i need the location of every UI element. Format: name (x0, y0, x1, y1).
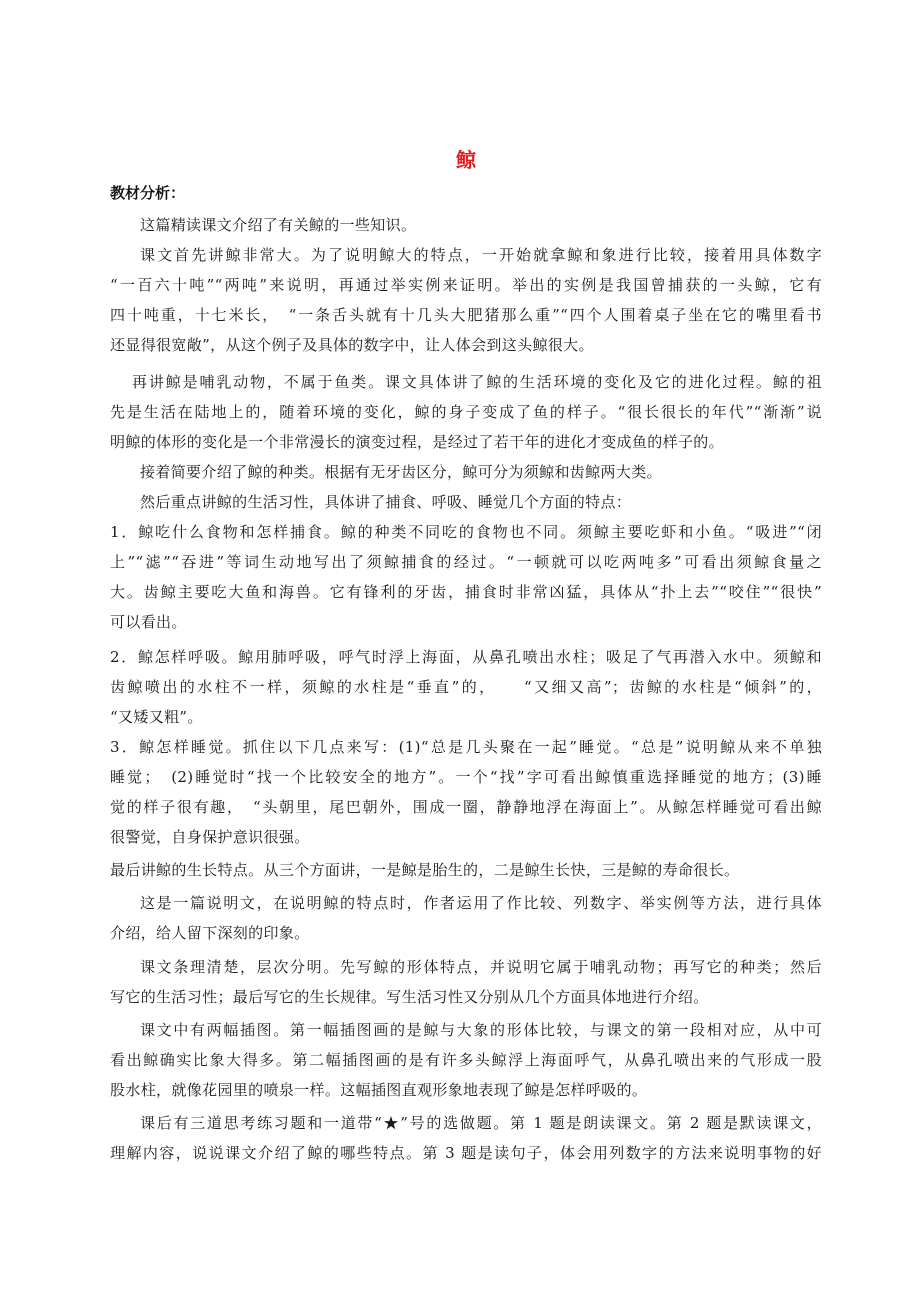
text-line: 这是一篇说明文，在说明鲸的特点时，作者运用了作比较、列数字、举实例等方法，进行具… (140, 893, 822, 913)
text-line: 3．鲸怎样睡觉。抓住以下几点来写：(1)“总是几头聚在一起”睡觉。“总是”说明鲸… (110, 737, 822, 757)
text-line: 还显得很宽敞”，从这个例子及具体的数字中，让人体会到这头鲸很大。 (110, 335, 594, 355)
text-line: 股水柱，就像花园里的喷泉一样。这幅插图直观形象地表现了鲸是怎样呼吸的。 (110, 1080, 647, 1100)
text-line: 这篇精读课文介绍了有关鲸的一些知识。 (140, 215, 416, 235)
text-line: 课文中有两幅插图。第一幅插图画的是鲸与大象的形体比较，与课文的第一段相对应，从中… (140, 1020, 822, 1040)
text-line: 理解内容，说说课文介绍了鲸的哪些特点。第 3 题是读句子，体会用列数字的方法来说… (110, 1143, 822, 1163)
text-line: 然后重点讲鲸的生活习性，具体讲了捕食、呼吸、睡觉几个方面的特点： (140, 492, 631, 512)
text-line: 觉的样子很有趣， “头朝里，尾巴朝外，围成一圈，静静地浮在海面上”。从鲸怎样睡觉… (110, 797, 822, 817)
text-line: 写它的生活习性；最后写它的生长规律。写生活习性又分别从几个方面具体地进行介绍。 (110, 987, 709, 1007)
text-line: 上”“滤”“吞进”等词生动地写出了须鲸捕食的经过。“一顿就可以吃两吨多”可看出须… (110, 552, 822, 572)
text-line: 大。齿鲸主要吃大鱼和海兽。它有锋利的牙齿，捕食时非常凶猛，具体从“扑上去”“咬住… (110, 582, 822, 602)
text-line: 再讲鲸是哺乳动物，不属于鱼类。课文具体讲了鲸的生活环境的变化及它的进化过程。鲸的… (132, 372, 822, 392)
text-line: 齿鲸喷出的水柱不一样，须鲸的水柱是“垂直”的， “又细又高”；齿鲸的水柱是“倾斜… (110, 677, 822, 697)
text-line: 1．鲸吃什么食物和怎样捕食。鲸的种类不同吃的食物也不同。须鲸主要吃虾和小鱼。“吸… (110, 522, 822, 542)
text-line: 睡觉； (2)睡觉时“找一个比较安全的地方”。一个“找”字可看出鲸慎重选择睡觉的… (110, 767, 822, 787)
text-line: 明鲸的体形的变化是一个非常漫长的演变过程，是经过了若干年的进化才变成鱼的样子的。 (110, 432, 724, 452)
text-line: “又矮又粗”。 (110, 707, 203, 727)
text-line: 介绍，给人留下深刻的印象。 (110, 923, 310, 943)
text-line: 课后有三道思考练习题和一道带“★”号的选做题。第 1 题是朗读课文。第 2 题是… (140, 1113, 822, 1133)
text-line: 接着简要介绍了鲸的种类。根据有无牙齿区分，鲸可分为须鲸和齿鲸两大类。 (140, 462, 662, 482)
text-line: 可以看出。 (110, 612, 187, 632)
text-line: 课文条理清楚，层次分明。先写鲸的形体特点，并说明它属于哺乳动物；再写它的种类；然… (140, 957, 822, 977)
document-title: 鲸 (110, 148, 822, 172)
text-line: 看出鲸确实比象大得多。第二幅插图画的是有许多头鲸浮上海面呼气，从鼻孔喷出来的气形… (110, 1050, 822, 1070)
text-line: 很警觉，自身保护意识很强。 (110, 827, 310, 847)
text-line: 2．鲸怎样呼吸。鲸用肺呼吸，呼气时浮上海面，从鼻孔喷出水柱；吸足了气再潜入水中。… (110, 647, 822, 667)
text-line: 先是生活在陆地上的，随着环境的变化，鲸的身子变成了鱼的样子。“很长很长的年代”“… (110, 402, 822, 422)
text-line: 最后讲鲸的生长特点。从三个方面讲，一是鲸是胎生的，二是鲸生长快，三是鲸的寿命很长… (110, 860, 739, 880)
section-heading: 教材分析： (110, 183, 185, 203)
text-line: 四十吨重，十七米长， “一条舌头就有十几头大肥猪那么重”“四个人围着桌子坐在它的… (110, 305, 822, 325)
text-line: 课文首先讲鲸非常大。为了说明鲸大的特点，一开始就拿鲸和象进行比较，接着用具体数字 (140, 245, 822, 265)
text-line: “一百六十吨”“两吨”来说明，再通过举实例来证明。举出的实例是我国曾捕获的一头鲸… (110, 275, 822, 295)
